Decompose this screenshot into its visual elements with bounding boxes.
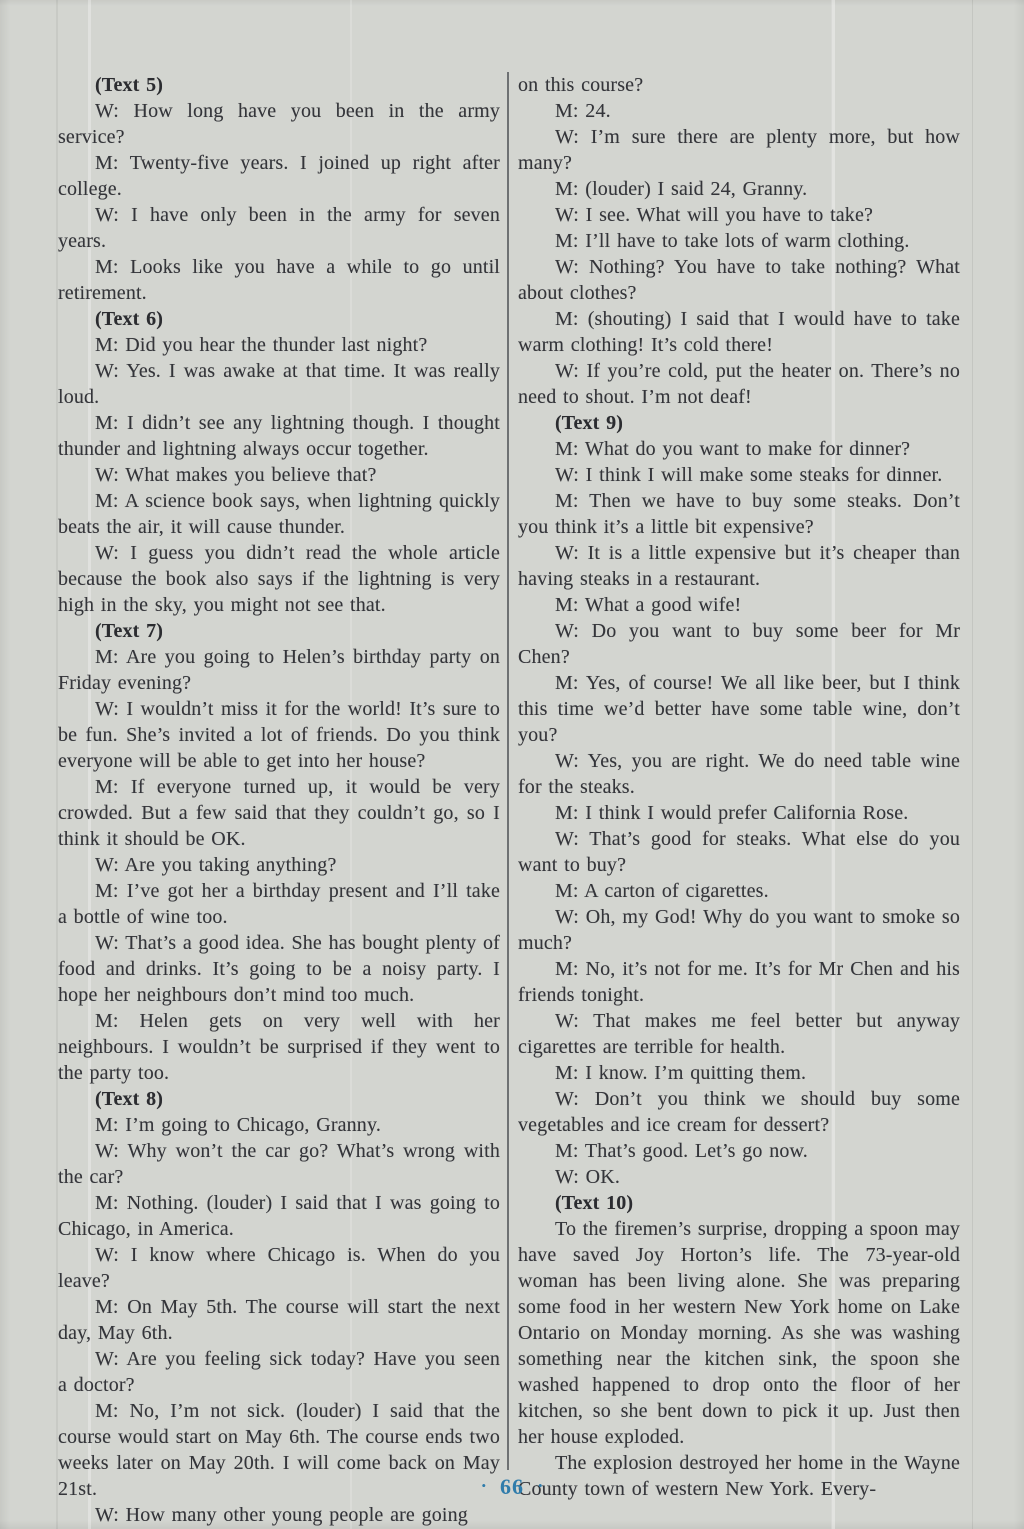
narrative-paragraph: To the firemen’s surprise, dropping a sp…: [518, 1216, 960, 1450]
dialogue-line: W: I’m sure there are plenty more, but h…: [518, 124, 960, 176]
dialogue-line: M: Are you going to Helen’s birthday par…: [58, 644, 500, 696]
speaker-label: W:: [555, 750, 579, 772]
speaker-label: W:: [555, 360, 579, 382]
dialogue-line: W: Yes. I was awake at that time. It was…: [58, 358, 500, 410]
speaker-label: M:: [95, 412, 119, 434]
text-section-heading: (Text 10): [518, 1190, 960, 1216]
speaker-label: M:: [95, 256, 119, 278]
transcript-column-left: (Text 5)W: How long have you been in the…: [58, 72, 500, 1528]
speaker-label: M:: [95, 776, 119, 798]
speaker-label: W:: [555, 1010, 579, 1032]
speaker-label: M:: [95, 1192, 119, 1214]
dialogue-line: W: Yes, you are right. We do need table …: [518, 748, 960, 800]
speaker-label: M:: [95, 880, 119, 902]
dialogue-line: W: That makes me feel better but anyway …: [518, 1008, 960, 1060]
dialogue-line: W: I wouldn’t miss it for the world! It’…: [58, 696, 500, 774]
speaker-label: W:: [555, 256, 579, 278]
speaker-label: M:: [95, 334, 119, 356]
dialogue-line: W: I guess you didn’t read the whole art…: [58, 540, 500, 618]
dialogue-line: W: I think I will make some steaks for d…: [518, 462, 960, 488]
transcript-column-right: on this course?M: 24.W: I’m sure there a…: [518, 72, 960, 1528]
dialogue-line: M: I know. I’m quitting them.: [518, 1060, 960, 1086]
dialogue-line: W: If you’re cold, put the heater on. Th…: [518, 358, 960, 410]
dialogue-line: M: I’ll have to take lots of warm clothi…: [518, 228, 960, 254]
speaker-label: W:: [95, 100, 119, 122]
dialogue-line: W: Oh, my God! Why do you want to smoke …: [518, 904, 960, 956]
speaker-label: M:: [555, 1062, 579, 1084]
text-section-heading: (Text 7): [58, 618, 500, 644]
dialogue-line: W: I see. What will you have to take?: [518, 202, 960, 228]
speaker-label: M:: [555, 308, 579, 330]
dialogue-line: W: Why won’t the car go? What’s wrong wi…: [58, 1138, 500, 1190]
dialogue-line: M: I think I would prefer California Ros…: [518, 800, 960, 826]
dialogue-line: M: If everyone turned up, it would be ve…: [58, 774, 500, 852]
speaker-label: W:: [95, 1348, 119, 1370]
dialogue-line: M: I’ve got her a birthday present and I…: [58, 878, 500, 930]
dialogue-line: M: Nothing. (louder) I said that I was g…: [58, 1190, 500, 1242]
speaker-label: W:: [95, 1504, 119, 1526]
speaker-label: W:: [555, 906, 579, 928]
speaker-label: W:: [95, 204, 119, 226]
speaker-label: W:: [95, 360, 119, 382]
dialogue-line: W: Don’t you think we should buy some ve…: [518, 1086, 960, 1138]
speaker-label: W:: [95, 542, 119, 564]
scan-crease: [972, 0, 973, 1529]
text-section-heading: (Text 9): [518, 410, 960, 436]
dialogue-line: W: Are you feeling sick today? Have you …: [58, 1346, 500, 1398]
dialogue-line: M: 24.: [518, 98, 960, 124]
dialogue-line: M: (shouting) I said that I would have t…: [518, 306, 960, 358]
dialogue-line: M: A science book says, when lightning q…: [58, 488, 500, 540]
dialogue-line: W: That’s a good idea. She has bought pl…: [58, 930, 500, 1008]
page-footer: •66•: [0, 1474, 1024, 1500]
speaker-label: W:: [95, 464, 119, 486]
speaker-label: M:: [95, 1010, 119, 1032]
speaker-label: M:: [555, 100, 579, 122]
dialogue-line: M: Looks like you have a while to go unt…: [58, 254, 500, 306]
speaker-label: W:: [555, 1088, 579, 1110]
speaker-label: M:: [555, 438, 579, 460]
footer-dot-right: •: [538, 1478, 543, 1493]
page-number: 66: [500, 1474, 524, 1499]
speaker-label: W:: [95, 698, 119, 720]
speaker-label: M:: [555, 958, 579, 980]
dialogue-line: M: Yes, of course! We all like beer, but…: [518, 670, 960, 748]
speaker-label: W:: [555, 126, 579, 148]
dialogue-line: M: (louder) I said 24, Granny.: [518, 176, 960, 202]
text-section-heading: (Text 5): [58, 72, 500, 98]
speaker-label: M:: [95, 646, 119, 668]
speaker-label: W:: [555, 204, 579, 226]
speaker-label: M:: [555, 490, 579, 512]
dialogue-line: W: How many other young people are going: [58, 1502, 500, 1528]
dialogue-line: W: Are you taking anything?: [58, 852, 500, 878]
scanned-page: (Text 5)W: How long have you been in the…: [0, 0, 1024, 1529]
speaker-label: M:: [555, 672, 579, 694]
speaker-label: W:: [555, 542, 579, 564]
speaker-label: M:: [555, 230, 579, 252]
dialogue-line: W: What makes you believe that?: [58, 462, 500, 488]
dialogue-line: W: How long have you been in the army se…: [58, 98, 500, 150]
dialogue-line: M: Then we have to buy some steaks. Don’…: [518, 488, 960, 540]
transcript-columns: (Text 5)W: How long have you been in the…: [58, 72, 960, 1528]
speaker-label: W:: [555, 828, 579, 850]
dialogue-line: W: Nothing? You have to take nothing? Wh…: [518, 254, 960, 306]
speaker-label: M:: [95, 1296, 119, 1318]
dialogue-line: M: Did you hear the thunder last night?: [58, 332, 500, 358]
speaker-label: W:: [95, 1244, 119, 1266]
speaker-label: M:: [555, 178, 579, 200]
text-section-heading: (Text 6): [58, 306, 500, 332]
dialogue-line: W: Do you want to buy some beer for Mr C…: [518, 618, 960, 670]
speaker-label: M:: [95, 490, 119, 512]
speaker-label: M:: [555, 802, 579, 824]
dialogue-line: W: OK.: [518, 1164, 960, 1190]
speaker-label: M:: [555, 594, 579, 616]
dialogue-line: W: That’s good for steaks. What else do …: [518, 826, 960, 878]
speaker-label: M:: [555, 1140, 579, 1162]
speaker-label: W:: [95, 932, 119, 954]
dialogue-line: W: I know where Chicago is. When do you …: [58, 1242, 500, 1294]
dialogue-line: M: No, it’s not for me. It’s for Mr Chen…: [518, 956, 960, 1008]
dialogue-line: M: Twenty-five years. I joined up right …: [58, 150, 500, 202]
footer-dot-left: •: [481, 1478, 486, 1493]
speaker-label: M:: [555, 880, 579, 902]
dialogue-line: W: I have only been in the army for seve…: [58, 202, 500, 254]
dialogue-line: M: I didn’t see any lightning though. I …: [58, 410, 500, 462]
dialogue-line: M: A carton of cigarettes.: [518, 878, 960, 904]
text-section-heading: (Text 8): [58, 1086, 500, 1112]
dialogue-line: M: On May 5th. The course will start the…: [58, 1294, 500, 1346]
speaker-label: W:: [95, 854, 119, 876]
dialogue-line: M: Helen gets on very well with her neig…: [58, 1008, 500, 1086]
dialogue-line: M: What do you want to make for dinner?: [518, 436, 960, 462]
speaker-label: W:: [555, 1166, 579, 1188]
dialogue-line: W: It is a little expensive but it’s che…: [518, 540, 960, 592]
speaker-label: W:: [95, 1140, 119, 1162]
dialogue-line: M: What a good wife!: [518, 592, 960, 618]
speaker-label: M:: [95, 152, 119, 174]
dialogue-continuation: on this course?: [518, 72, 960, 98]
speaker-label: M:: [95, 1400, 119, 1422]
dialogue-line: M: That’s good. Let’s go now.: [518, 1138, 960, 1164]
dialogue-line: M: I’m going to Chicago, Granny.: [58, 1112, 500, 1138]
speaker-label: W:: [555, 464, 579, 486]
speaker-label: M:: [95, 1114, 119, 1136]
speaker-label: W:: [555, 620, 579, 642]
